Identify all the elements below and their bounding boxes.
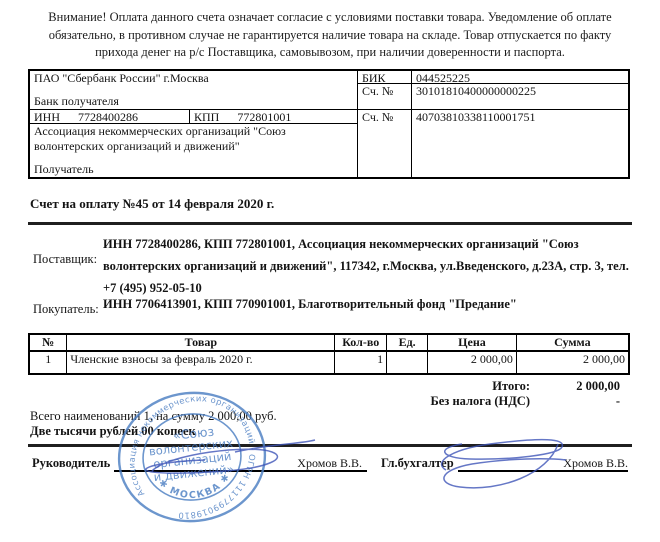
- total-label: Итого:: [492, 379, 530, 394]
- bank-name: ПАО "Сбербанк России" г.Москва: [34, 71, 353, 86]
- items-table: № Товар Кол-во Ед. Цена Сумма 1 Членские…: [28, 333, 630, 375]
- items-summary: Всего наименований 1, на сумму 2 000,00 …: [30, 409, 277, 424]
- kpp-label: КПП: [194, 110, 219, 124]
- receiver-cell: Ассоциация некоммерческих организаций "С…: [30, 124, 358, 177]
- head-signature-label: Руководитель: [32, 456, 110, 471]
- tax-label: Без налога (НДС): [430, 394, 530, 409]
- supplier-value: ИНН 7728400286, КПП 772801001, Ассоциаци…: [103, 233, 633, 299]
- account-value: 40703810338110001751: [412, 110, 628, 177]
- buyer-label: Покупатель:: [33, 302, 99, 317]
- invoice-document: Внимание! Оплата данного счета означает …: [0, 0, 660, 542]
- item-unit: [387, 351, 428, 374]
- inn-label: ИНН: [34, 110, 60, 124]
- kpp-cell: КПП 772801001: [190, 110, 358, 124]
- supplier-label: Поставщик:: [33, 252, 97, 267]
- col-unit-header: Ед.: [387, 334, 428, 351]
- bank-caption: Банк получателя: [34, 94, 353, 109]
- warning-text: Внимание! Оплата данного счета означает …: [38, 9, 622, 62]
- stamp-center-line-2: волонтерских: [148, 436, 234, 459]
- accountant-signature-label: Гл.бухгалтер: [381, 456, 454, 471]
- accountant-signature-name: Хромов В.В.: [540, 456, 628, 471]
- corr-account-label: Сч. №: [358, 84, 412, 110]
- account-label: Сч. №: [358, 110, 412, 177]
- bik-label: БИК: [358, 71, 412, 84]
- bik-value: 044525225: [412, 71, 628, 84]
- receiver-caption: Получатель: [34, 162, 353, 177]
- col-sum-header: Сумма: [516, 334, 629, 351]
- corr-account-value: 30101810400000000225: [412, 84, 628, 110]
- table-row: 1 Членские взносы за февраль 2020 г. 1 2…: [29, 351, 629, 374]
- inn-value: 7728400286: [78, 110, 138, 124]
- items-header-row: № Товар Кол-во Ед. Цена Сумма: [29, 334, 629, 351]
- kpp-value: 772801001: [237, 110, 291, 124]
- invoice-title: Счет на оплату №45 от 14 февраля 2020 г.: [30, 196, 274, 212]
- divider-rule-bottom: [28, 444, 632, 447]
- bank-name-cell: ПАО "Сбербанк России" г.Москва Банк полу…: [30, 71, 358, 110]
- head-signature-name: Хромов В.В.: [277, 456, 362, 471]
- col-number-header: №: [29, 334, 67, 351]
- divider-rule-top: [28, 222, 632, 225]
- item-name: Членские взносы за февраль 2020 г.: [67, 351, 335, 374]
- inn-cell: ИНН 7728400286: [30, 110, 190, 124]
- item-quantity: 1: [335, 351, 387, 374]
- total-value: 2 000,00: [576, 379, 620, 394]
- col-quantity-header: Кол-во: [335, 334, 387, 351]
- stamp-center-line-4: и движений»: [153, 462, 234, 484]
- amount-in-words: Две тысячи рублей 00 копеек: [30, 424, 196, 439]
- item-sum: 2 000,00: [516, 351, 629, 374]
- tax-value: -: [616, 394, 620, 409]
- stamp-center-line-3: организаций: [153, 449, 232, 471]
- item-price: 2 000,00: [428, 351, 517, 374]
- item-number: 1: [29, 351, 67, 374]
- stamp-city-text: ✱ МОСКВА ✱: [155, 470, 235, 505]
- buyer-value: ИНН 7706413901, КПП 770901001, Благотвор…: [103, 293, 633, 315]
- bank-requisites-table: ПАО "Сбербанк России" г.Москва Банк полу…: [28, 69, 630, 179]
- svg-text:✱ МОСКВА ✱: ✱ МОСКВА ✱: [155, 470, 235, 505]
- col-price-header: Цена: [428, 334, 517, 351]
- col-product-header: Товар: [67, 334, 335, 351]
- receiver-name: Ассоциация некоммерческих организаций "С…: [34, 124, 353, 154]
